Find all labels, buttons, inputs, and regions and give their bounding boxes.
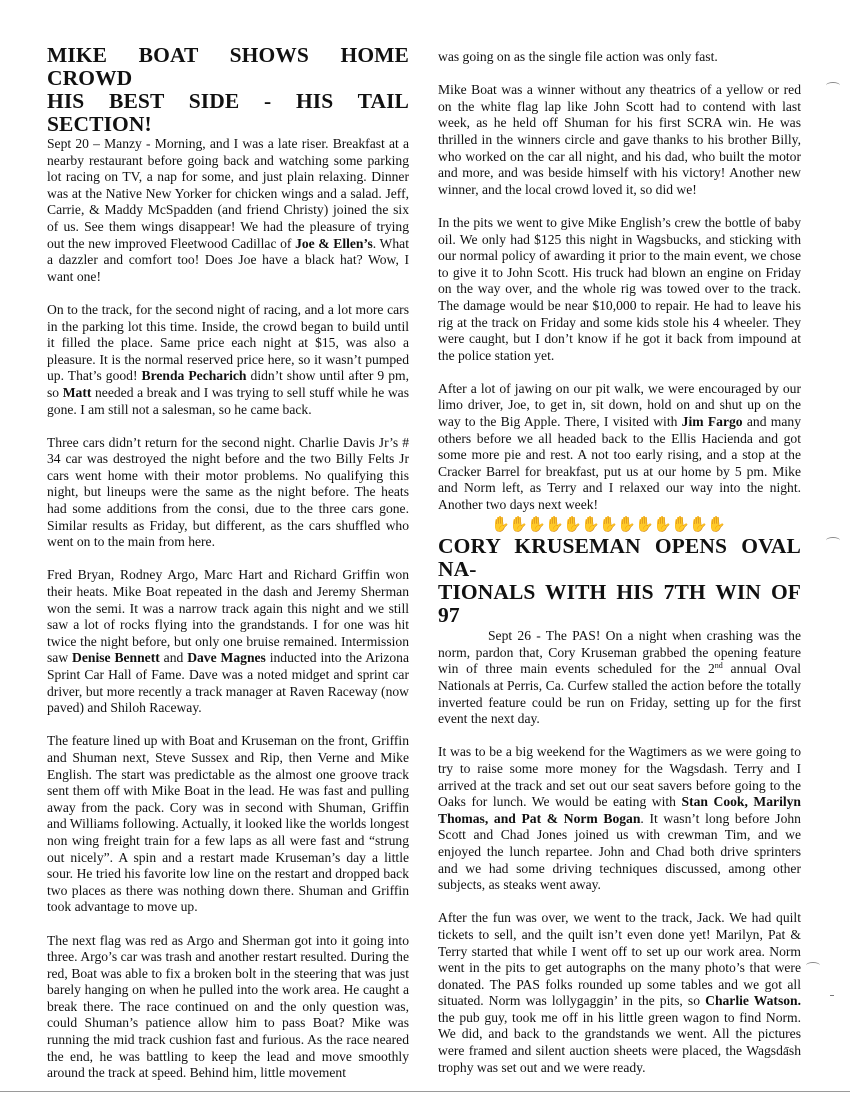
paragraph: Mike Boat was a winner without any theat… [438, 82, 801, 198]
waving-hand-icon: ✋ [653, 516, 671, 533]
scan-artifact-dash [830, 995, 834, 996]
waving-hand-icon: ✋ [509, 516, 527, 533]
paragraph: was going on as the single file action w… [438, 49, 801, 66]
text-run: needed a break and I was trying to sell … [47, 385, 409, 417]
bold-name: Joe & Ellen’s [295, 236, 373, 251]
scan-artifact-mark [826, 82, 840, 89]
waving-hand-icon: ✋ [707, 516, 725, 533]
paragraph: After a lot of jawing on our pit walk, w… [438, 381, 801, 514]
text-run: Three cars didn’t return for the second … [47, 435, 409, 550]
waving-hand-icon: ✋ [599, 516, 617, 533]
text-run: the pub guy, took me off in his little g… [438, 1010, 801, 1075]
scan-artifact-dash [785, 1047, 789, 1048]
hand-divider-row: ✋✋✋✋✋✋✋✋✋✋✋✋✋ [438, 516, 801, 533]
waving-hand-icon: ✋ [617, 516, 635, 533]
scan-artifact-mark [806, 962, 820, 969]
text-run: and [160, 650, 187, 665]
scan-artifact-mark [826, 537, 840, 544]
headline-line-2: HIS BEST SIDE - HIS TAIL SECTION! [47, 90, 409, 136]
paragraph: Fred Bryan, Rodney Argo, Marc Hart and R… [47, 567, 409, 716]
text-run: Mike Boat was a winner without any theat… [438, 82, 801, 197]
bold-name: Brenda Pecharich [142, 368, 247, 383]
text-run: In the pits we went to give Mike English… [438, 215, 801, 363]
right-article-body: Sept 26 - The PAS! On a night when crash… [438, 628, 801, 1076]
paragraph: In the pits we went to give Mike English… [438, 215, 801, 364]
right-column: was going on as the single file action w… [438, 49, 801, 1093]
left-column: MIKE BOAT SHOWS HOME CROWD HIS BEST SIDE… [47, 44, 409, 1098]
text-run: was going on as the single file action w… [438, 49, 718, 64]
left-article-body: Sept 20 – Manzy - Morning, and I was a l… [47, 136, 409, 1082]
paragraph: The next flag was red as Argo and Sherma… [47, 933, 409, 1082]
text-run: The next flag was red as Argo and Sherma… [47, 933, 409, 1081]
paragraph: It was to be a big weekend for the Wagti… [438, 744, 801, 893]
text-run: Sept 20 – Manzy - Morning, and I was a l… [47, 136, 409, 251]
headline-mike-boat: MIKE BOAT SHOWS HOME CROWD HIS BEST SIDE… [47, 44, 409, 136]
bold-name: Jim Fargo [682, 414, 743, 429]
waving-hand-icon: ✋ [671, 516, 689, 533]
bold-name: Denise Bennett [72, 650, 160, 665]
paragraph: After the fun was over, we went to the t… [438, 910, 801, 1076]
waving-hand-icon: ✋ [545, 516, 563, 533]
superscript: nd [715, 661, 723, 670]
waving-hand-icon: ✋ [689, 516, 707, 533]
waving-hand-icon: ✋ [581, 516, 599, 533]
bold-name: Dave Magnes [187, 650, 266, 665]
newsletter-page: MIKE BOAT SHOWS HOME CROWD HIS BEST SIDE… [0, 0, 850, 1100]
waving-hand-icon: ✋ [635, 516, 653, 533]
waving-hand-icon: ✋ [491, 516, 509, 533]
bold-name: Charlie Watson. [705, 993, 801, 1008]
right-article-continuation: was going on as the single file action w… [438, 49, 801, 514]
page-bottom-rule [0, 1091, 850, 1092]
headline-line-2: TIONALS WITH HIS 7TH WIN OF 97 [438, 581, 801, 627]
text-run: The feature lined up with Boat and Kruse… [47, 733, 409, 914]
paragraph: On to the track, for the second night of… [47, 302, 409, 418]
waving-hand-icon: ✋ [563, 516, 581, 533]
bold-name: Matt [63, 385, 92, 400]
paragraph: Sept 20 – Manzy - Morning, and I was a l… [47, 136, 409, 285]
waving-hand-icon: ✋ [527, 516, 545, 533]
paragraph: Three cars didn’t return for the second … [47, 435, 409, 551]
headline-cory-kruseman: CORY KRUSEMAN OPENS OVAL NA- TIONALS WIT… [438, 535, 801, 627]
paragraph: Sept 26 - The PAS! On a night when crash… [438, 628, 801, 728]
headline-line-1: CORY KRUSEMAN OPENS OVAL NA- [438, 535, 801, 581]
headline-line-1: MIKE BOAT SHOWS HOME CROWD [47, 44, 409, 90]
paragraph: The feature lined up with Boat and Kruse… [47, 733, 409, 916]
